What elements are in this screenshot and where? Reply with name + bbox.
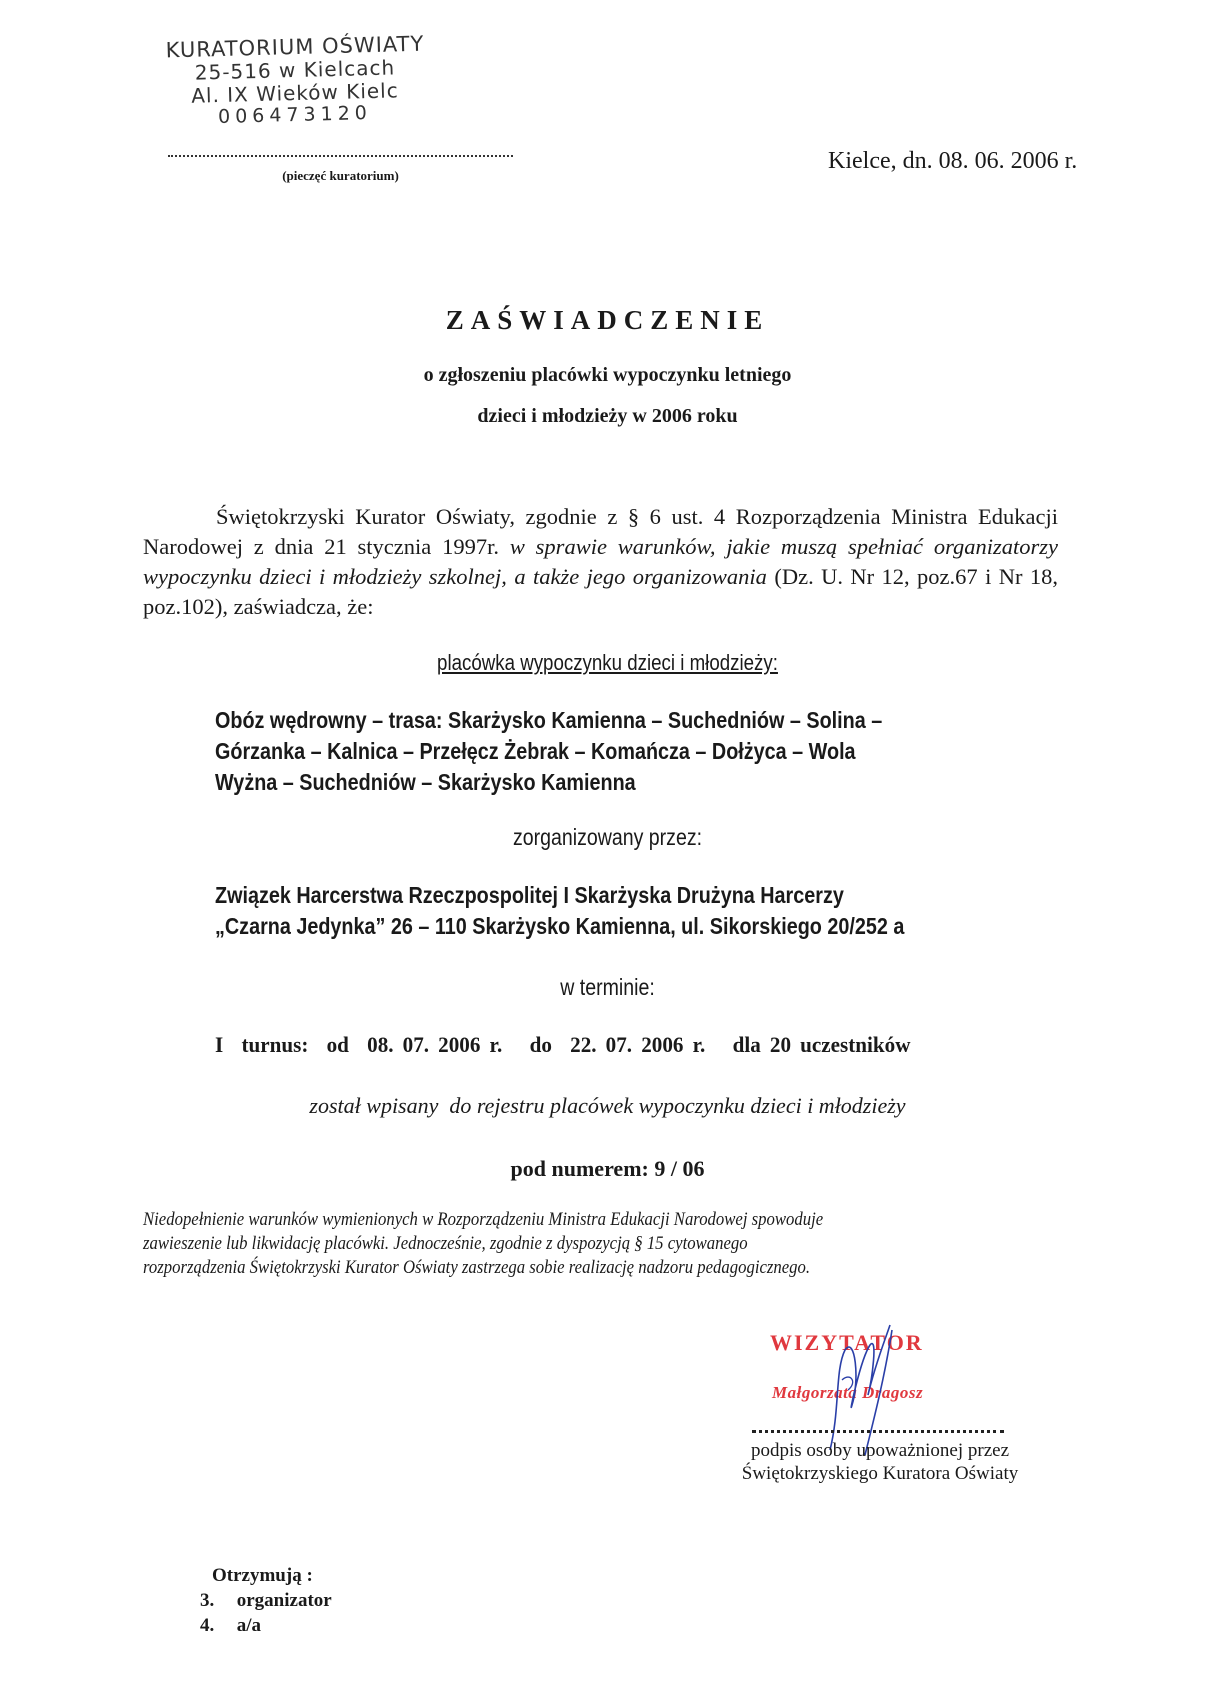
signature-caption: Świętokrzyskiego Kuratora Oświaty: [720, 1463, 1040, 1485]
document-date: Kielce, dn. 08. 06. 2006 r.: [828, 148, 1077, 175]
stamp-caption: (pieczęć kuratorium): [168, 168, 513, 184]
notice-line: zawieszenie lub likwidację placówki. Jed…: [143, 1232, 970, 1256]
registry-number: pod numerem: 9 / 06: [0, 1156, 1215, 1182]
notice-line: Niedopełnienie warunków wymienionych w R…: [143, 1208, 970, 1232]
recipient-text: a/a: [237, 1615, 261, 1636]
organizer-line: „Czarna Jedynka” 26 – 110 Skarżysko Kami…: [215, 911, 1075, 942]
recipient-number: 3.: [200, 1590, 232, 1612]
notice-line: rozporządzenia Świętokrzyski Kurator Ośw…: [143, 1256, 970, 1280]
route-line: Górzanka – Kalnica – Przełęcz Żebrak – K…: [215, 736, 1075, 767]
office-stamp: KURATORIUM OŚWIATY 25-516 w Kielcach Al.…: [150, 35, 440, 127]
term-label: w terminie:: [91, 974, 1124, 1001]
route-description: Obóz wędrowny – trasa: Skarżysko Kamienn…: [215, 705, 1075, 798]
document-subtitle: dzieci i młodzieży w 2006 roku: [0, 405, 1215, 428]
intro-paragraph: Świętokrzyski Kurator Oświaty, zgodnie z…: [143, 502, 1058, 622]
recipient-item: 4. a/a: [200, 1615, 261, 1637]
term-dates: I turnus: od 08. 07. 2006 r. do 22. 07. …: [215, 1032, 910, 1058]
recipient-text: organizator: [237, 1590, 332, 1611]
signature-dotted-line: [752, 1430, 1004, 1433]
legal-notice: Niedopełnienie warunków wymienionych w R…: [143, 1208, 1083, 1280]
document-title: ZAŚWIADCZENIE: [0, 305, 1215, 336]
recipients-label: Otrzymują :: [212, 1565, 313, 1587]
document-subtitle: o zgłoszeniu placówki wypoczynku letnieg…: [0, 364, 1215, 387]
organized-by-label: zorganizowany przez:: [91, 824, 1124, 851]
stamp-dotted-line: [168, 155, 513, 157]
signature-caption: podpis osoby upoważnionej przez: [720, 1440, 1040, 1462]
route-line: Obóz wędrowny – trasa: Skarżysko Kamienn…: [215, 705, 1075, 736]
recipient-item: 3. organizator: [200, 1590, 332, 1612]
organizer-line: Związek Harcerstwa Rzeczpospolitej I Ska…: [215, 880, 1075, 911]
handwritten-signature-icon: [800, 1320, 920, 1460]
recipient-number: 4.: [200, 1615, 232, 1637]
registration-statement: został wpisany do rejestru placówek wypo…: [0, 1093, 1215, 1119]
facility-label: placówka wypoczynku dzieci i młodzieży:: [91, 650, 1124, 676]
route-line: Wyżna – Suchedniów – Skarżysko Kamienna: [215, 767, 1075, 798]
organizer: Związek Harcerstwa Rzeczpospolitej I Ska…: [215, 880, 1075, 942]
